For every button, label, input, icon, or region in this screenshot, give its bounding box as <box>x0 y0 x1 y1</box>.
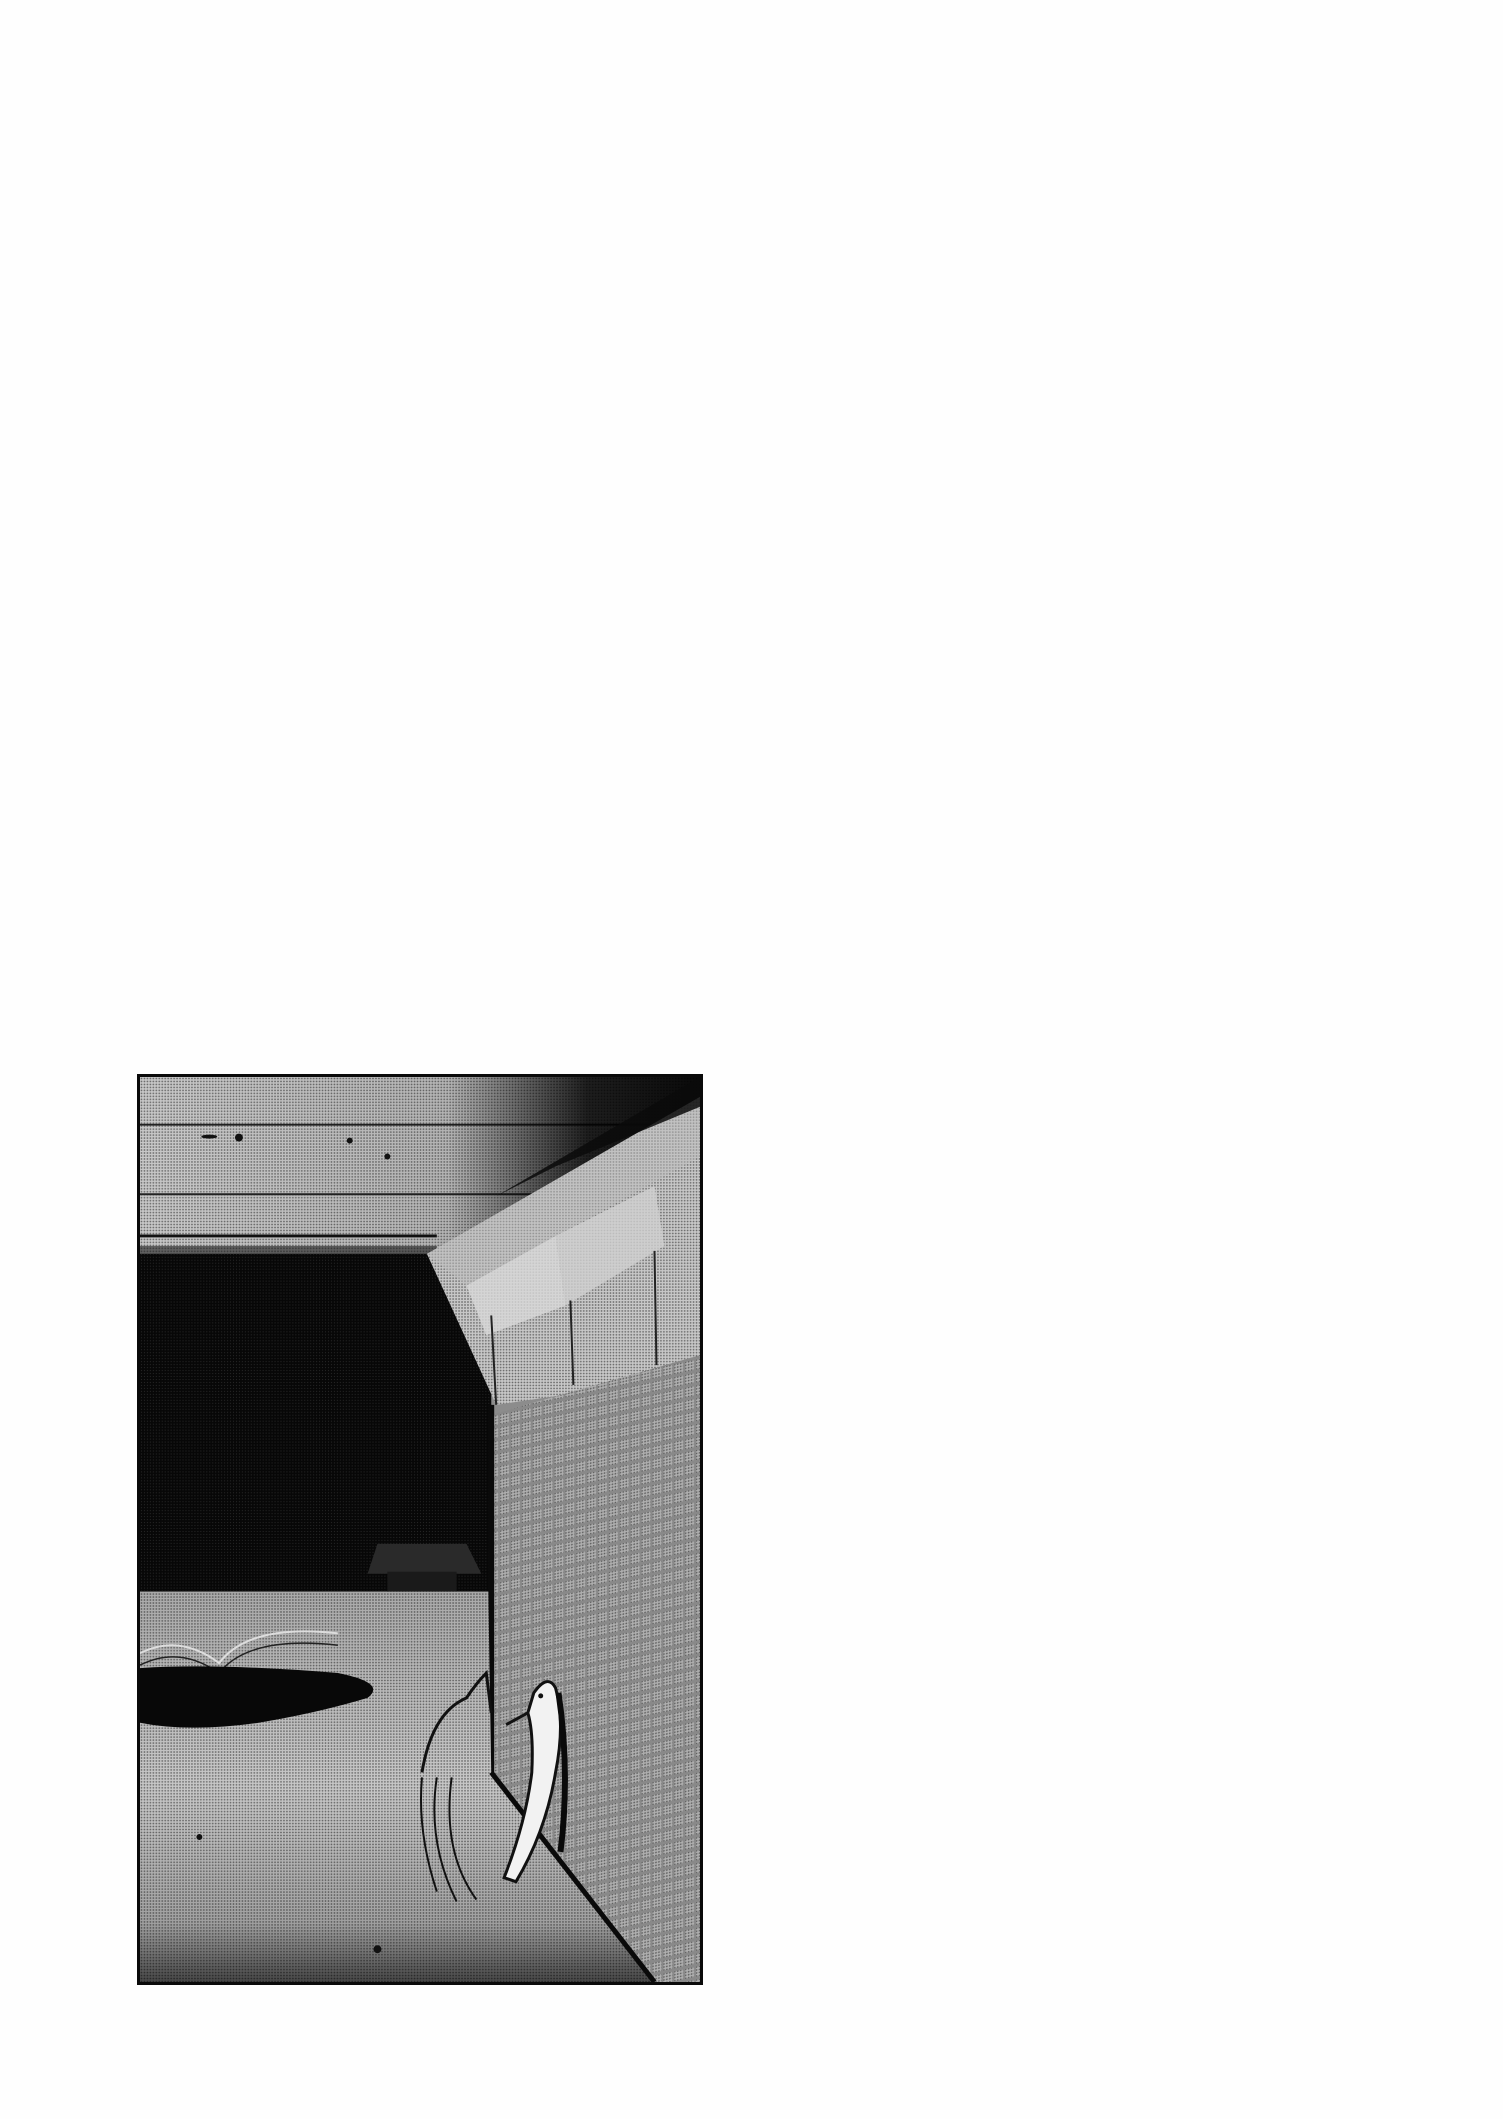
illustration-panel <box>137 1074 703 1985</box>
tunnel-scene <box>140 1077 700 1982</box>
manga-page <box>0 0 1503 2119</box>
dark-forest-opening <box>140 1254 491 1592</box>
